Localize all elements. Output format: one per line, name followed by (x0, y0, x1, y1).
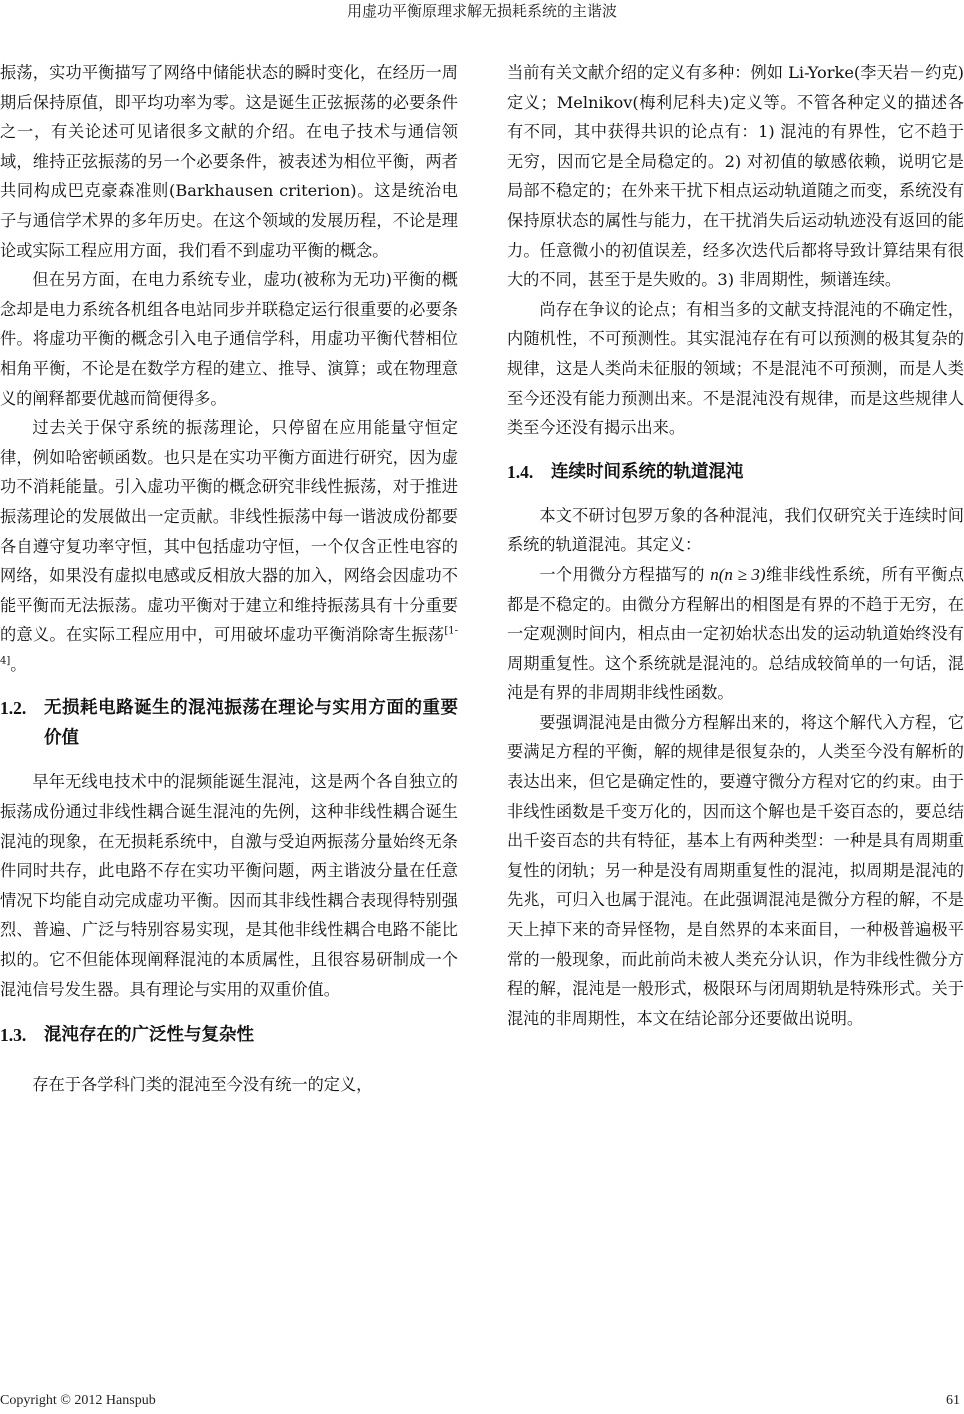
paragraph: 但在另方面，在电力系统专业，虚功(被称为无功)平衡的概念却是电力系统各机组各电站… (0, 265, 458, 413)
paragraph-text: 过去关于保守系统的振荡理论，只停留在应用能量守恒定律，例如哈密顿函数。也只是在实… (0, 418, 458, 644)
paragraph: 一个用微分方程描写的 n(n ≥ 3)维非线性系统，所有平衡点都是不稳定的。由微… (507, 560, 964, 708)
paragraph: 尚存在争议的论点；有相当多的文献支持混沌的不确定性，内随机性，不可预测性。其实混… (507, 295, 964, 443)
paper-title: 用虚功平衡原理求解无损耗系统的主谐波 (347, 2, 617, 20)
section-heading-1-3: 1.3. 混沌存在的广泛性与复杂性 (0, 1020, 458, 1050)
section-number: 1.3. (0, 1020, 44, 1050)
paragraph-continued: 当前有关文献介绍的定义有多种：例如 Li-Yorke(李天岩－约克)定义；Mel… (507, 58, 964, 295)
page-number: 61 (946, 1393, 960, 1409)
math-expression: n(n ≥ 3) (710, 565, 765, 584)
paragraph-text: 维非线性系统，所有平衡点都是不稳定的。由微分方程解出的相图是有界的不趋于无穷，在… (507, 565, 964, 702)
copyright-notice: Copyright © 2012 Hanspub (0, 1393, 156, 1409)
section-title: 连续时间系统的轨道混沌 (551, 457, 964, 487)
section-heading-1-4: 1.4. 连续时间系统的轨道混沌 (507, 457, 964, 487)
section-title: 无损耗电路诞生的混沌振荡在理论与实用方面的重要价值 (44, 693, 458, 753)
paragraph: 存在于各学科门类的混沌至今没有统一的定义， (0, 1070, 458, 1100)
section-number: 1.2. (0, 693, 44, 753)
section-heading-1-2: 1.2. 无损耗电路诞生的混沌振荡在理论与实用方面的重要价值 (0, 693, 458, 753)
paragraph-continued: 振荡，实功平衡描写了网络中储能状态的瞬时变化，在经历一周期后保持原值，即平均功率… (0, 58, 458, 265)
section-title: 混沌存在的广泛性与复杂性 (44, 1020, 458, 1050)
paragraph: 早年无线电技术中的混频能诞生混沌，这是两个各自独立的振荡成份通过非线性耦合诞生混… (0, 767, 458, 1004)
paragraph: 要强调混沌是由微分方程解出来的，将这个解代入方程，它要满足方程的平衡，解的规律是… (507, 708, 964, 1034)
right-column: 当前有关文献介绍的定义有多种：例如 Li-Yorke(李天岩－约克)定义；Mel… (507, 58, 964, 1033)
running-header: 用虚功平衡原理求解无损耗系统的主谐波 (0, 0, 964, 22)
paragraph-end: 。 (10, 655, 26, 674)
section-number: 1.4. (507, 457, 551, 487)
page-footer: Copyright © 2012 Hanspub 61 (0, 1393, 964, 1413)
paragraph-text: 一个用微分方程描写的 (539, 565, 710, 584)
paragraph: 本文不研讨包罗万象的各种混沌，我们仅研究关于连续时间系统的轨道混沌。其定义： (507, 501, 964, 560)
left-column: 振荡，实功平衡描写了网络中储能状态的瞬时变化，在经历一周期后保持原值，即平均功率… (0, 58, 458, 1100)
paragraph: 过去关于保守系统的振荡理论，只停留在应用能量守恒定律，例如哈密顿函数。也只是在实… (0, 413, 458, 679)
